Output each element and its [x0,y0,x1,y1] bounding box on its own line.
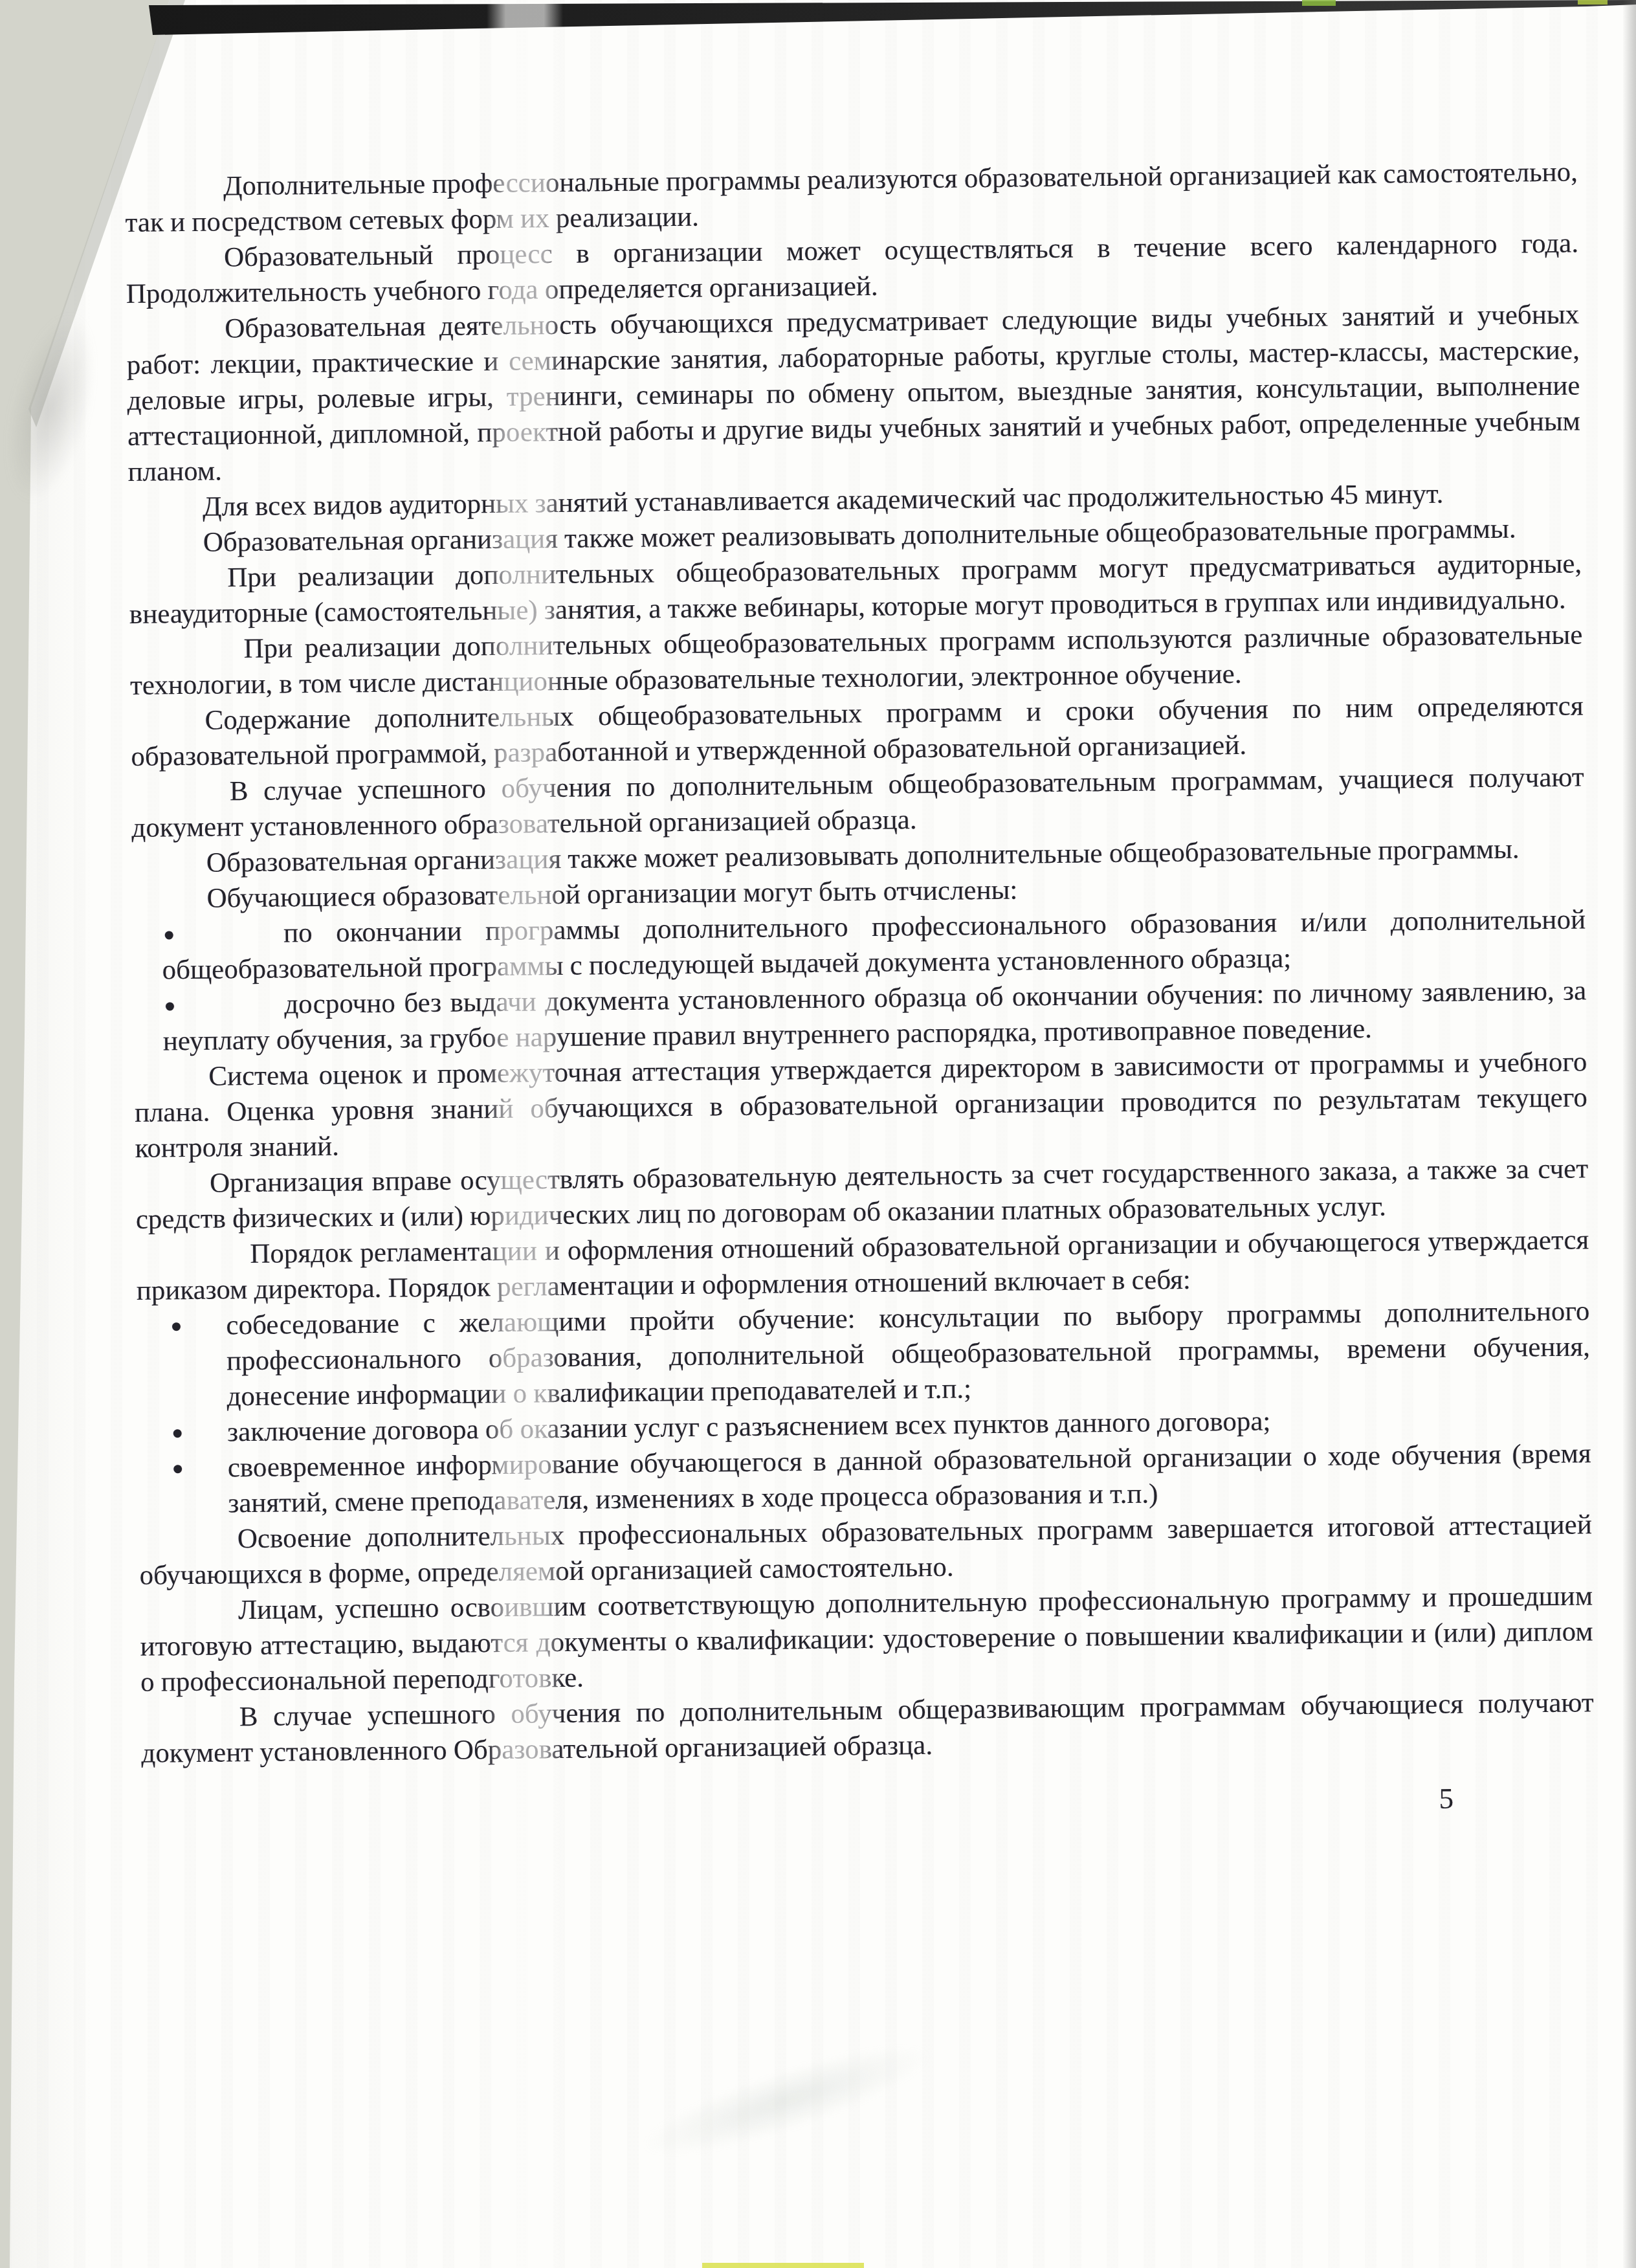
list-item-text: собеседование с желающими пройти обучени… [226,1296,1590,1412]
list-item: ●своевременное информирование обучающего… [170,1436,1591,1522]
bullet-icon: ● [171,1415,184,1451]
paragraph: Лицам, успешно освоившим соответствующую… [140,1578,1594,1700]
bullet-icon: ● [170,1308,182,1344]
list-item-text: своевременное информирование обучающегос… [228,1438,1591,1518]
bullet-icon: ● [171,1451,184,1486]
paragraph: В случае успешного обучения по дополните… [141,1685,1595,1772]
right-edge-shadow [1623,0,1636,2268]
bullet-icon: ● [163,917,175,952]
paragraph: Образовательная деятельность обучающихся… [126,296,1581,489]
list-item: ●собеседование с желающими пройти обучен… [169,1293,1591,1415]
list-item: ●досрочно без выдачи документа установле… [162,973,1587,1059]
scanned-document: { "page": { "number": "5", "paper_color"… [0,0,1636,2268]
document-text: Дополнительные профессиональные программ… [123,0,1595,1830]
list-item-text: по окончании программы дополнительного п… [162,904,1586,985]
list-item-text: досрочно без выдачи документа установлен… [163,975,1587,1056]
bottom-smudge [633,2026,940,2175]
green-scan-artifact [1578,0,1608,5]
bottom-scan-mark [702,2263,864,2268]
bullet-icon: ● [164,988,176,1023]
page-number: 5 [142,1779,1595,1830]
paragraph: Система оценок и промежуточная аттестаци… [134,1044,1588,1166]
